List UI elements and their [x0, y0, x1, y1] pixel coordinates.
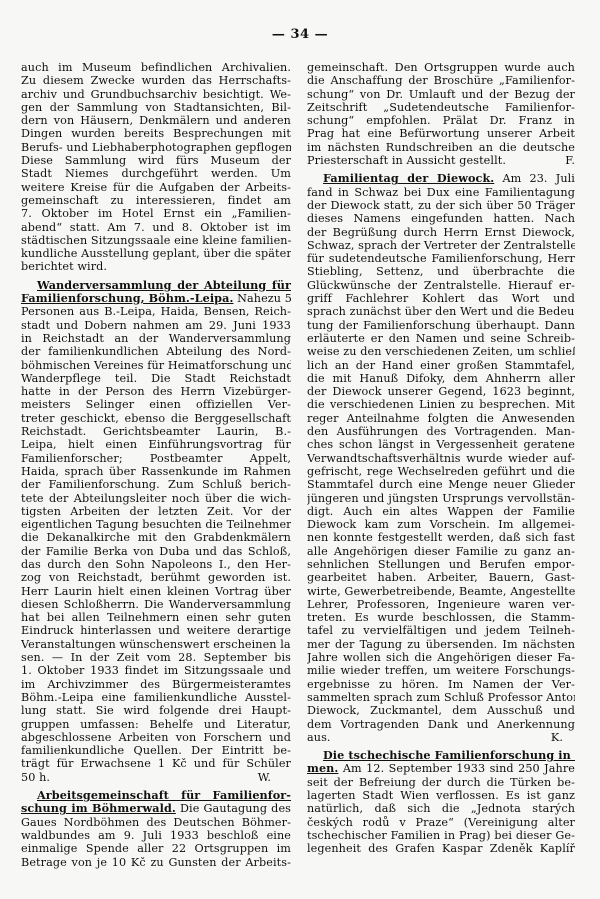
text-line: Böhm.-Leipa eine familienkundliche Ausst… — [21, 691, 291, 704]
section-tschechische-familienforschung: Die tschechische Familienforschung in Bö… — [307, 749, 575, 855]
text-line: českých rodů v Praze“ (Vereinigung alter — [307, 816, 575, 829]
text-line: Verwandtschaftsverhältnis wurde wieder a… — [307, 452, 575, 465]
text-line: legenheit des Grafen Kaspar Zdeněk Kaplí… — [307, 842, 575, 855]
text-line: der Familienforschung. Zum Schluß berich… — [21, 478, 291, 491]
text-line: dern von Häusern, Denkmälern und anderen — [21, 114, 291, 127]
text-line: im nächsten Rundschreiben an die deutsch… — [307, 141, 575, 154]
text-line: Leipa, hielt einen Einführungsvortrag fü… — [21, 438, 291, 451]
text-line: digt. Auch ein altes Wappen der Familie — [307, 505, 575, 518]
text-line: Zu diesem Zwecke wurden das Herrschafts- — [21, 74, 291, 87]
text-line: Stiebling, Settenz, und überbrachte die — [307, 265, 575, 278]
text-line: Veranstaltungen wünschenswert erscheinen… — [21, 638, 291, 651]
text-line: dieses Namens eingefunden hatten. Nach — [307, 212, 575, 225]
text-line: eigentlichen Tagung besuchten die Teilne… — [21, 518, 291, 531]
text-line: gen der Sammlung von Stadtansichten, Bil… — [21, 101, 291, 114]
text-line: lung statt. Sie wird folgende drei Haupt… — [21, 704, 291, 717]
text-line: Familienforscher; Postbeamter Appelt, — [21, 452, 291, 465]
text-line: ches schon längst in Vergessenheit gerat… — [307, 438, 575, 451]
text-line: men. Am 12. September 1933 sind 250 Jahr… — [307, 762, 575, 775]
heading-text: Wanderversammlung der Abteilung für — [37, 279, 291, 292]
text-line: schung“ von Dr. Umlauft und der Bezug de… — [307, 88, 575, 101]
text-line: jüngeren und jüngsten Ursprungs vervolls… — [307, 492, 575, 505]
text-line: berichtet wird. — [21, 260, 291, 273]
text-line: einmalige Spende aller 22 Ortsgruppen im — [21, 842, 291, 855]
text-line: für sudetendeutsche Familienforschung, H… — [307, 252, 575, 265]
text-line: reger Anteilnahme folgten die Anwesenden — [307, 412, 575, 425]
text-line: wirte, Gewerbetreibende, Beamte, Angeste… — [307, 585, 575, 598]
text-line: familienkundliche Quellen. Der Eintritt … — [21, 744, 291, 757]
text-line: ergebnisse zu hören. Im Namen der Ver- — [307, 678, 575, 691]
text-line: tete der Abteilungsleiter noch über die … — [21, 492, 291, 505]
text-line: der Begrüßung durch Herrn Ernst Diewock, — [307, 226, 575, 239]
text-span: Am 23. Juli — [502, 172, 575, 185]
heading-text: schung im Böhmerwald. — [21, 802, 176, 815]
text-line: milie wieder treffen, um weitere Forschu… — [307, 664, 575, 677]
text-line: weise zu den verschiedenen Zeiten, um sc… — [307, 345, 575, 358]
text-line: tafel zu vervielfältigen und jedem Teiln… — [307, 624, 575, 637]
text-line: lich an der Hand einer großen Stammtafel… — [307, 359, 575, 372]
text-line: die Dekanalkirche mit den Grabdenkmälern — [21, 531, 291, 544]
text-line: hatte in der Person des Herrn Vizebürger… — [21, 385, 291, 398]
text-line: die Anschaffung der Broschüre „Familienf… — [307, 74, 575, 87]
text-span: aus. — [307, 731, 331, 744]
text-line: gefrischt, rege Wechselreden geführt und… — [307, 465, 575, 478]
text-line: böhmischen Vereines für Heimatforschung … — [21, 359, 291, 372]
text-line: mer der Tagung zu übersenden. Im nächste… — [307, 638, 575, 651]
section-wanderversammlung: Wanderversammlung der Abteilung für Fami… — [21, 279, 291, 784]
text-line: im Archivzimmer des Bürgermeisteramtes — [21, 678, 291, 691]
text-line: lagerten Stadt Wien verflossen. Es ist g… — [307, 789, 575, 802]
paragraph-continuation: gemeinschaft. Den Ortsgruppen wurde auch… — [307, 61, 575, 167]
text-line: Gaues Nordböhmen des Deutschen Böhmer- — [21, 816, 291, 829]
author-signature: F. — [565, 154, 575, 167]
text-line: Dingen wurden bereits Besprechungen mit — [21, 127, 291, 140]
text-line: fand in Schwaz bei Dux eine Familientagu… — [307, 186, 575, 199]
text-line: trägt für Erwachsene 1 Kč und für Schüle… — [21, 757, 291, 770]
text-line: treten. Es wurde beschlossen, die Stamm- — [307, 611, 575, 624]
text-line: gemeinschaft. Den Ortsgruppen wurde auch — [307, 61, 575, 74]
text-line: das durch den Sohn Napoleons I., den Her… — [21, 558, 291, 571]
text-line: schung im Böhmerwald. Die Gautagung des — [21, 802, 291, 815]
text-line: Lehrer, Professoren, Ingenieure waren ve… — [307, 598, 575, 611]
text-line: Berufs- und Liebhaberphotographen gepflo… — [21, 141, 291, 154]
paragraph-museum: auch im Museum befindlichen Archivalien.… — [21, 61, 291, 274]
text-line: städtischen Sitzungssaale eine kleine fa… — [21, 234, 291, 247]
text-line: seit der Befreiung der durch die Türken … — [307, 776, 575, 789]
text-line: Wanderpflege teil. Die Stadt Reichstadt — [21, 372, 291, 385]
text-line: tigsten Arbeiten der letzten Zeit. Vor d… — [21, 505, 291, 518]
text-line: gruppen umfassen: Behelfe und Literatur, — [21, 718, 291, 731]
text-line: nen konnte festgestellt werden, daß sich… — [307, 531, 575, 544]
section-familientag: Familientag der Diewock. Am 23. Juli fan… — [307, 172, 575, 744]
text-line-with-signature: aus. K. — [307, 731, 575, 744]
section-heading: Arbeitsgemeinschaft für Familienfor- — [21, 789, 291, 802]
text-line-with-signature: Priesterschaft in Aussicht gestellt. F. — [307, 154, 575, 167]
page-number: — 34 — — [0, 27, 600, 42]
heading-text: Familientag der Diewock. — [323, 172, 494, 185]
text-span: Nahezu 50 — [237, 292, 291, 305]
text-line: der familienkundlichen Abteilung des Nor… — [21, 345, 291, 358]
text-line: stadt und Dobern nahmen am 29. Juni 1933 — [21, 319, 291, 332]
text-line: erläuterte er den Namen und seine Schrei… — [307, 332, 575, 345]
heading-text: Arbeitsgemeinschaft für Familienfor- — [37, 789, 291, 802]
heading-text: men. — [307, 762, 338, 775]
text-line: sen. — In der Zeit vom 28. September bis — [21, 651, 291, 664]
text-line: der Diewock unserer Gegend, 1623 beginnt… — [307, 385, 575, 398]
text-line: diesen Schloßherrn. Die Wanderversammlun… — [21, 598, 291, 611]
text-line: 1. Oktober 1933 findet im Sitzungssaale … — [21, 664, 291, 677]
text-line: Jahre wollen sich die Angehörigen dieser… — [307, 651, 575, 664]
text-line-with-signature: 50 h. W. — [21, 771, 291, 784]
text-line: alle Angehörigen dieser Familie zu ganz … — [307, 545, 575, 558]
text-line: weitere Kreise für die Aufgaben der Arbe… — [21, 181, 291, 194]
text-line: Personen aus B.-Leipa, Haida, Bensen, Re… — [21, 305, 291, 318]
text-line: waldbundes am 9. Juli 1933 beschloß eine — [21, 829, 291, 842]
text-line: sammelten sprach zum Schluß Professor An… — [307, 691, 575, 704]
text-line: dem Vortragenden Dank und Anerkennung — [307, 718, 575, 731]
text-line: die verschiedenen Linien zu besprechen. … — [307, 398, 575, 411]
text-line: kundliche Ausstellung geplant, über die … — [21, 247, 291, 260]
section-heading: Die tschechische Familienforschung in Bö… — [307, 749, 575, 762]
section-arbeitsgemeinschaft: Arbeitsgemeinschaft für Familienfor- sch… — [21, 789, 291, 869]
text-line: tschechischer Familien in Prag) bei dies… — [307, 829, 575, 842]
text-line: sehnlichen Stellungen und Berufen empor- — [307, 558, 575, 571]
text-line: Prag hat eine Befürwortung unserer Arbei… — [307, 127, 575, 140]
text-line: Stammtafel durch eine Menge neuer Gliede… — [307, 478, 575, 491]
text-line: den Ausführungen des Vortragenden. Man- — [307, 425, 575, 438]
text-line: abend“ statt. Am 7. und 8. Oktober ist i… — [21, 221, 291, 234]
text-line: Reichstadt. Gerichtsbeamter Laurin, B.- — [21, 425, 291, 438]
text-line: Zeitschrift „Sudetendeutsche Familienfor… — [307, 101, 575, 114]
text-line: Betrage von je 10 Kč zu Gunsten der Arbe… — [21, 856, 291, 869]
text-line: treter geschickt, ebenso die Berggesells… — [21, 412, 291, 425]
text-line: Haida, sprach über Rassenkunde im Rahmen — [21, 465, 291, 478]
heading-text: Die tschechische Familienforschung in Bö… — [323, 749, 575, 762]
text-line: Herr Laurin hielt einen kleinen Vortrag … — [21, 585, 291, 598]
text-line: schung“ empfohlen. Prälat Dr. Franz in — [307, 114, 575, 127]
text-line: abgeschlossene Arbeiten von Forschern un… — [21, 731, 291, 744]
text-line: Familientag der Diewock. Am 23. Juli — [307, 172, 575, 185]
text-line: natürlich, daß sich die „Jednota starých — [307, 802, 575, 815]
text-span: Am 12. September 1933 sind 250 Jahre — [343, 762, 575, 775]
text-line: der Familie Berka von Duba und das Schlo… — [21, 545, 291, 558]
left-column: auch im Museum befindlichen Archivalien.… — [21, 61, 291, 869]
heading-text: Familienforschung, Böhm.-Leipa. — [21, 292, 233, 305]
text-line: gearbeitet haben. Arbeiter, Bauern, Gast… — [307, 571, 575, 584]
text-line: in Reichstadt an der Wanderversammlung — [21, 332, 291, 345]
text-line: zog von Reichstadt, berühmt geworden ist… — [21, 571, 291, 584]
text-line: Diewock kam zum Vorschein. Im allgemei- — [307, 518, 575, 531]
text-line: Schwaz, sprach der Vertreter der Zentral… — [307, 239, 575, 252]
text-line: gemeinschaft zu interessieren, findet am — [21, 194, 291, 207]
right-column: gemeinschaft. Den Ortsgruppen wurde auch… — [307, 61, 575, 856]
text-line: hat bei allen Teilnehmern einen sehr gut… — [21, 611, 291, 624]
text-line: Diese Sammlung wird fürs Museum der — [21, 154, 291, 167]
text-line: sprach zunächst über den Wert und die Be… — [307, 305, 575, 318]
text-line: der Diewock statt, zu der sich über 50 T… — [307, 199, 575, 212]
text-line: 7. Oktober im Hotel Ernst ein „Familien- — [21, 207, 291, 220]
text-line: archiv und Grundbuchsarchiv besichtigt. … — [21, 88, 291, 101]
author-signature: K. — [551, 731, 575, 744]
text-line: Diewock, Zuckmantel, dem Ausschuß und — [307, 704, 575, 717]
text-line: Eindruck hinterlassen und weitere derart… — [21, 624, 291, 637]
text-span: 50 h. — [21, 771, 50, 784]
text-line: Stadt Niemes durchgeführt werden. Um — [21, 167, 291, 180]
text-span: Die Gautagung des — [180, 802, 291, 815]
text-line: meisters Selinger einen offiziellen Ver- — [21, 398, 291, 411]
author-signature: W. — [258, 771, 291, 784]
text-line: griff Fachlehrer Kohlert das Wort und — [307, 292, 575, 305]
text-span: Priesterschaft in Aussicht gestellt. — [307, 154, 506, 167]
text-line: tung der Familienforschung überhaupt. Da… — [307, 319, 575, 332]
text-line: die mit Hanuß Difoky, dem Ahnherrn aller — [307, 372, 575, 385]
text-line: auch im Museum befindlichen Archivalien. — [21, 61, 291, 74]
text-line: Glückwünsche der Zentralstelle. Hierauf … — [307, 279, 575, 292]
section-heading: Wanderversammlung der Abteilung für — [21, 279, 291, 292]
text-line: Familienforschung, Böhm.-Leipa. Nahezu 5… — [21, 292, 291, 305]
